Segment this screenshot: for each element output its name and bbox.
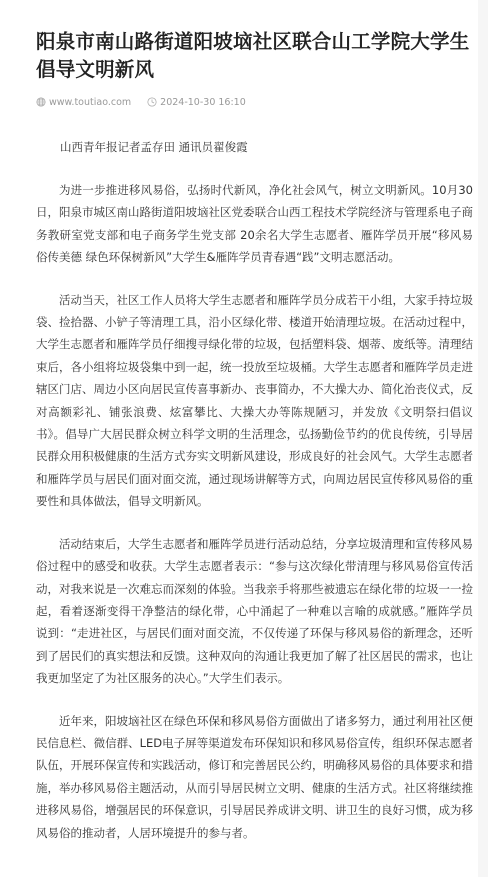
article-paragraph: 近年来，阳坡垴社区在绿色环保和移风易俗方面做出了诸多努力，通过利用社区便民信息栏… (36, 710, 473, 844)
clock-icon (147, 97, 157, 107)
article-meta: www.toutiao.com 2024-10-30 16:10 (36, 95, 473, 109)
source-info: www.toutiao.com (36, 97, 131, 108)
globe-icon (36, 97, 46, 107)
page-side-gutter (478, 0, 488, 877)
article: 阳泉市南山路街道阳坡垴社区联合山工学院大学生倡导文明新风 www.toutiao… (36, 0, 473, 844)
article-title: 阳泉市南山路街道阳坡垴社区联合山工学院大学生倡导文明新风 (36, 0, 473, 84)
publish-time: 2024-10-30 16:10 (147, 97, 246, 108)
publish-datetime: 2024-10-30 16:10 (160, 97, 246, 108)
source-domain: www.toutiao.com (49, 97, 131, 108)
article-paragraph: 为进一步推进移风易俗，弘扬时代新风，净化社会风气，树立文明新风。10月30日，阳… (36, 179, 473, 269)
article-paragraph: 活动当天，社区工作人员将大学生志愿者和雁阵学员分成若干小组，大家手持垃圾袋、捡拾… (36, 289, 473, 513)
article-byline: 山西青年报记者孟存田 通讯员翟俊霞 (36, 139, 473, 155)
article-paragraph: 活动结束后，大学生志愿者和雁阵学员进行活动总结，分享垃圾清理和宣传移风易俗过程中… (36, 533, 473, 690)
